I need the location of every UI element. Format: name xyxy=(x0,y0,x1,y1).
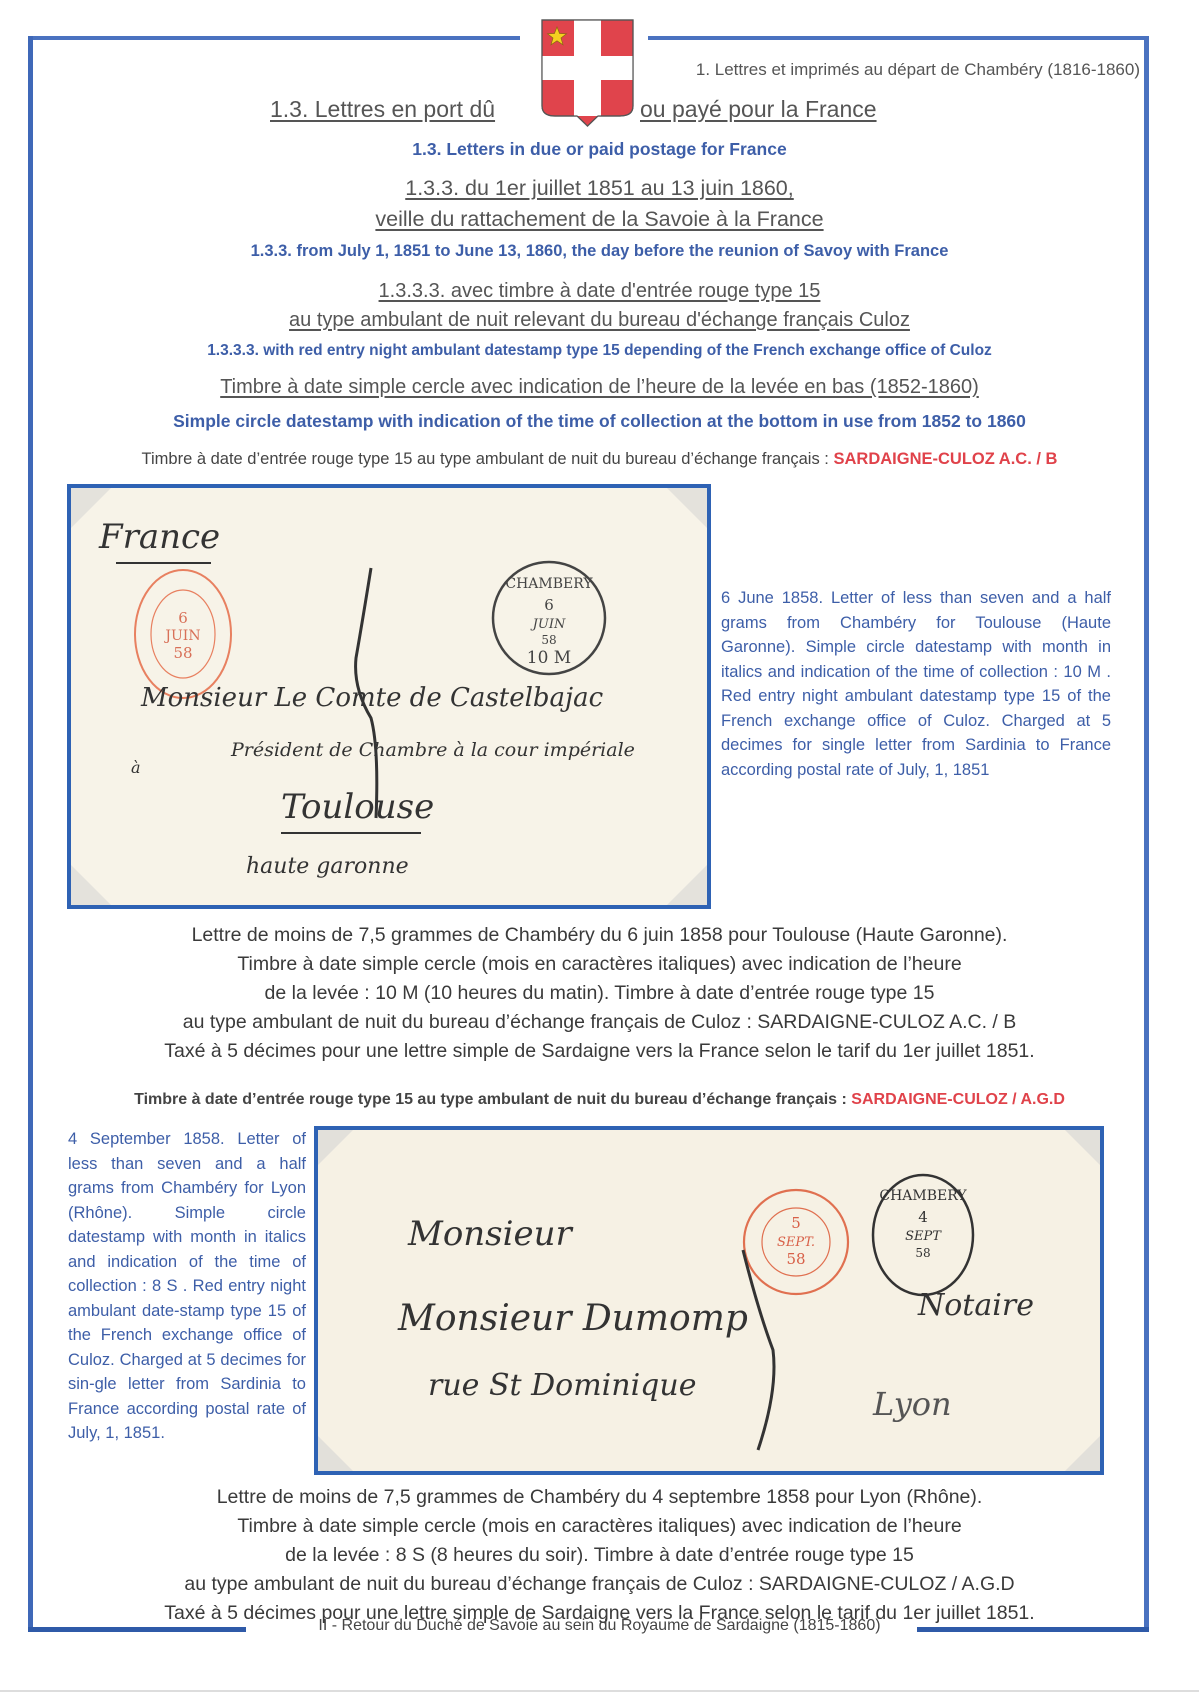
svg-text:6: 6 xyxy=(178,609,188,627)
frame-border-left xyxy=(28,36,33,1631)
item2-caption-highlight: SARDAIGNE-CULOZ / A.G.D xyxy=(851,1091,1065,1108)
item2-desc-fr-line: Timbre à date simple cercle (mois en car… xyxy=(0,1512,1199,1541)
svg-text:France: France xyxy=(98,517,220,557)
item1-desc-fr-line: Taxé à 5 décimes pour une lettre simple … xyxy=(0,1037,1199,1066)
item1-desc-fr-line: de la levée : 10 M (10 heures du matin).… xyxy=(0,979,1199,1008)
subsection-en: 1.3.3.3. with red entry night ambulant d… xyxy=(0,342,1199,360)
svg-text:CHAMBERY: CHAMBERY xyxy=(505,576,593,592)
svg-text:Monsieur: Monsieur xyxy=(407,1214,574,1254)
svg-text:Président de Chambre à la cour: Président de Chambre à la cour impériale xyxy=(230,739,635,761)
svg-text:58: 58 xyxy=(541,633,556,647)
subsection-fr-line1: 1.3.3.3. avec timbre à date d'entrée rou… xyxy=(0,280,1199,303)
svg-text:10 M: 10 M xyxy=(527,648,571,668)
item2-description-en: 4 September 1858. Letter of less than se… xyxy=(68,1127,306,1446)
svg-text:CHAMBERY: CHAMBERY xyxy=(879,1188,967,1204)
savoy-coat-of-arms-icon xyxy=(540,18,635,130)
item2-caption: Timbre à date d’entrée rouge type 15 au … xyxy=(0,1091,1199,1109)
svg-text:6: 6 xyxy=(544,596,554,614)
svg-text:SEPT: SEPT xyxy=(905,1229,942,1244)
item1-caption-highlight: SARDAIGNE-CULOZ A.C. / B xyxy=(833,450,1057,468)
page-title-part2: ou payé pour la France xyxy=(640,96,877,123)
svg-text:JUIN: JUIN xyxy=(163,628,200,644)
subtitle-fr-line1: 1.3.3. du 1er juillet 1851 au 13 juin 18… xyxy=(0,176,1199,201)
item2-caption-text: Timbre à date d’entrée rouge type 15 au … xyxy=(134,1091,847,1108)
page-title-part1: 1.3. Lettres en port dû xyxy=(270,96,495,123)
svg-text:Toulouse: Toulouse xyxy=(281,787,434,827)
item1-desc-fr-line: Lettre de moins de 7,5 grammes de Chambé… xyxy=(0,921,1199,950)
item1-description-en: 6 June 1858. Letter of less than seven a… xyxy=(721,586,1111,782)
item1-desc-fr-line: au type ambulant de nuit du bureau d’éch… xyxy=(0,1008,1199,1037)
svg-text:4: 4 xyxy=(918,1208,928,1226)
svg-text:Monsieur Dumomp: Monsieur Dumomp xyxy=(397,1298,748,1339)
svg-text:à: à xyxy=(131,758,141,777)
item1-description-fr: Lettre de moins de 7,5 grammes de Chambé… xyxy=(0,921,1199,1066)
item2-description-fr: Lettre de moins de 7,5 grammes de Chambé… xyxy=(0,1483,1199,1628)
item2-desc-fr-line: au type ambulant de nuit du bureau d’éch… xyxy=(0,1570,1199,1599)
item2-desc-fr-line: Lettre de moins de 7,5 grammes de Chambé… xyxy=(0,1483,1199,1512)
svg-text:58: 58 xyxy=(173,644,192,662)
svg-text:58: 58 xyxy=(915,1246,930,1260)
item2-envelope-image: 5 SEPT. 58 CHAMBERY 4 SEPT 58 Monsieur M… xyxy=(314,1126,1104,1475)
frame-border-right xyxy=(1144,36,1149,1631)
scan-edge xyxy=(0,1690,1199,1692)
item1-desc-fr-line: Timbre à date simple cercle (mois en car… xyxy=(0,950,1199,979)
svg-text:Monsieur Le Comte de Castelbaj: Monsieur Le Comte de Castelbajac xyxy=(140,683,604,713)
section-tag: 1. Lettres et imprimés au départ de Cham… xyxy=(640,60,1140,80)
type-heading-en: Simple circle datestamp with indication … xyxy=(0,411,1199,432)
svg-text:JUIN: JUIN xyxy=(530,617,566,632)
page-title-en: 1.3. Letters in due or paid postage for … xyxy=(0,139,1199,160)
svg-text:Lyon: Lyon xyxy=(872,1385,952,1423)
svg-text:rue St Dominique: rue St Dominique xyxy=(428,1368,696,1403)
page-footer: II - Retour du Duché de Savoie au sein d… xyxy=(0,1617,1199,1635)
item1-caption: Timbre à date d’entrée rouge type 15 au … xyxy=(0,450,1199,469)
subtitle-fr-line2: veille du rattachement de la Savoie à la… xyxy=(0,207,1199,232)
svg-text:5: 5 xyxy=(791,1214,801,1232)
item2-desc-fr-line: de la levée : 8 S (8 heures du soir). Ti… xyxy=(0,1541,1199,1570)
subsection-fr-line2: au type ambulant de nuit relevant du bur… xyxy=(0,309,1199,332)
type-heading-fr: Timbre à date simple cercle avec indicat… xyxy=(0,376,1199,399)
svg-text:Notaire: Notaire xyxy=(917,1288,1034,1323)
item1-caption-text: Timbre à date d’entrée rouge type 15 au … xyxy=(142,450,829,468)
subtitle-en: 1.3.3. from July 1, 1851 to June 13, 186… xyxy=(0,242,1199,261)
svg-text:haute garonne: haute garonne xyxy=(246,854,409,879)
svg-text:58: 58 xyxy=(786,1250,805,1268)
svg-text:SEPT.: SEPT. xyxy=(777,1235,815,1250)
item1-envelope-image: France 6 JUIN 58 CHAMBERY 6 JUIN 58 10 M… xyxy=(67,484,711,909)
